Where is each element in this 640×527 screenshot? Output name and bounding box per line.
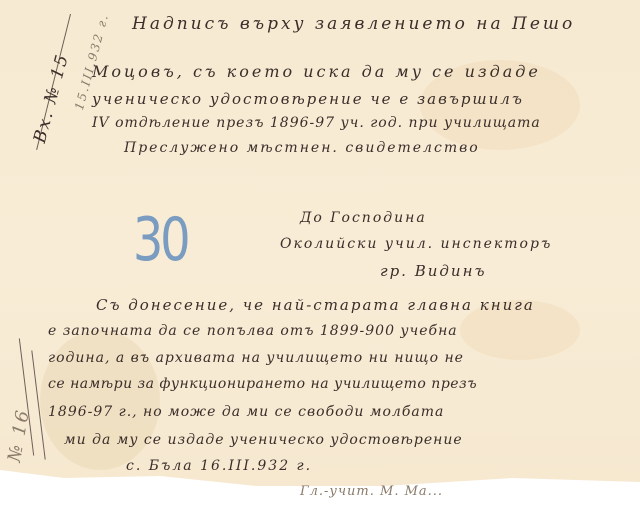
resolution-line: Моцовъ, съ което иска да му се издаде xyxy=(92,62,541,81)
signature: Гл.-учит. М. Ма... xyxy=(300,484,443,499)
place-date: с. Бъла 16.III.932 г. xyxy=(126,458,312,474)
body-line: се намѣри за функционирането на училищет… xyxy=(48,376,477,392)
resolution-line: ученическо удостовѣрение че е завършилъ xyxy=(92,90,524,108)
resolution-line: Надписъ върху заявлението на Пешо xyxy=(132,14,575,34)
body-line: година, а въ архивата на училището ни ни… xyxy=(48,350,464,366)
body-line: Съ донесение, че най-старата главна книг… xyxy=(96,296,535,314)
resolution-line: IV отдѣление презъ 1896-97 уч. год. при … xyxy=(92,115,541,131)
resolution-line: Преслужено мѣстнен. свидетелство xyxy=(124,140,480,156)
addressee-line: гр. Видинъ xyxy=(380,262,486,280)
registration-number: Вх. № 15 xyxy=(30,51,73,145)
body-line: е започната да се попълва отъ 1899-900 у… xyxy=(48,323,458,339)
body-line: 1896-97 г., но може да ми се свободи мол… xyxy=(48,404,444,420)
addressee-line: До Господина xyxy=(300,210,427,226)
body-line: ми да му се издаде ученическо удостовѣре… xyxy=(64,432,463,448)
document-paper: Вх. № 15 15.III.932 г. Надписъ върху зая… xyxy=(0,0,640,527)
blue-pencil-number: 30 xyxy=(133,205,188,275)
addressee-line: Околийски учил. инспекторъ xyxy=(280,236,552,252)
margin-note-number: № 16 xyxy=(4,407,34,464)
